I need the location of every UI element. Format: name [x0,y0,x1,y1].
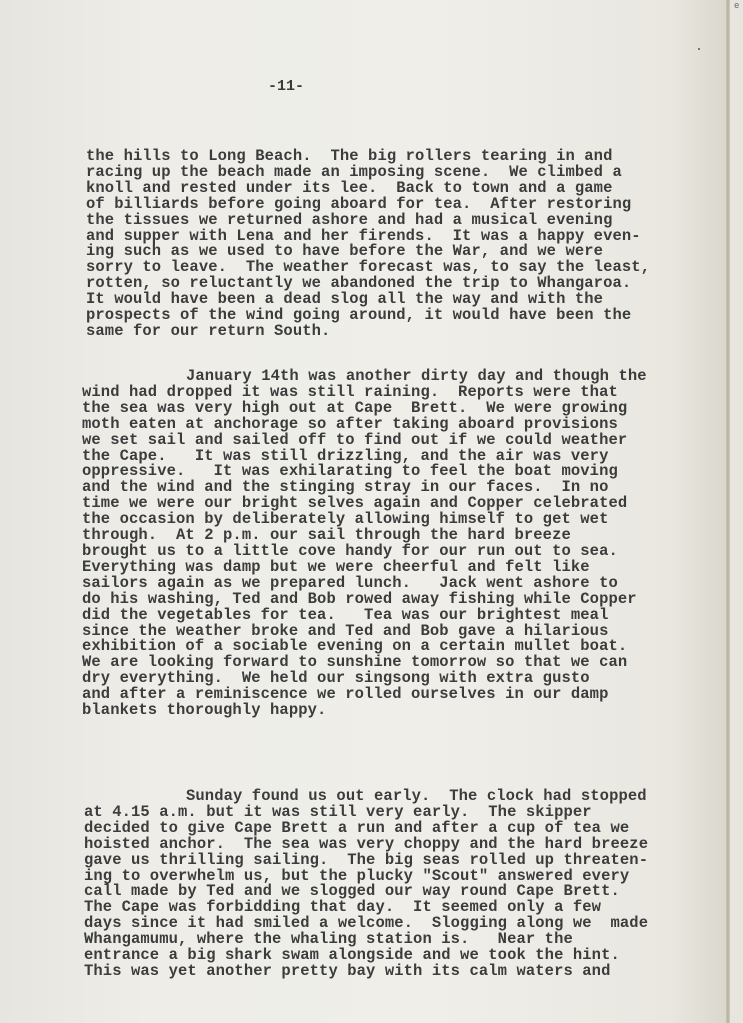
paper-speck [698,48,700,50]
paragraph-long-beach: the hills to Long Beach. The big rollers… [86,149,716,340]
paragraph-sunday: Sunday found us out early. The clock had… [86,789,716,980]
text-line: same for our return South. [86,324,716,340]
adjacent-page-text-fragment: e [734,2,739,11]
page-number: -11- [268,78,304,95]
paragraph-january-14th: January 14th was another dirty day and t… [86,369,716,719]
typewritten-page: -11- the hills to Long Beach. The big ro… [0,0,728,1023]
text-line: This was yet another pretty bay with its… [84,964,716,980]
text-line: blankets thoroughly happy. [82,703,716,719]
adjacent-page-edge: e [730,0,743,1023]
